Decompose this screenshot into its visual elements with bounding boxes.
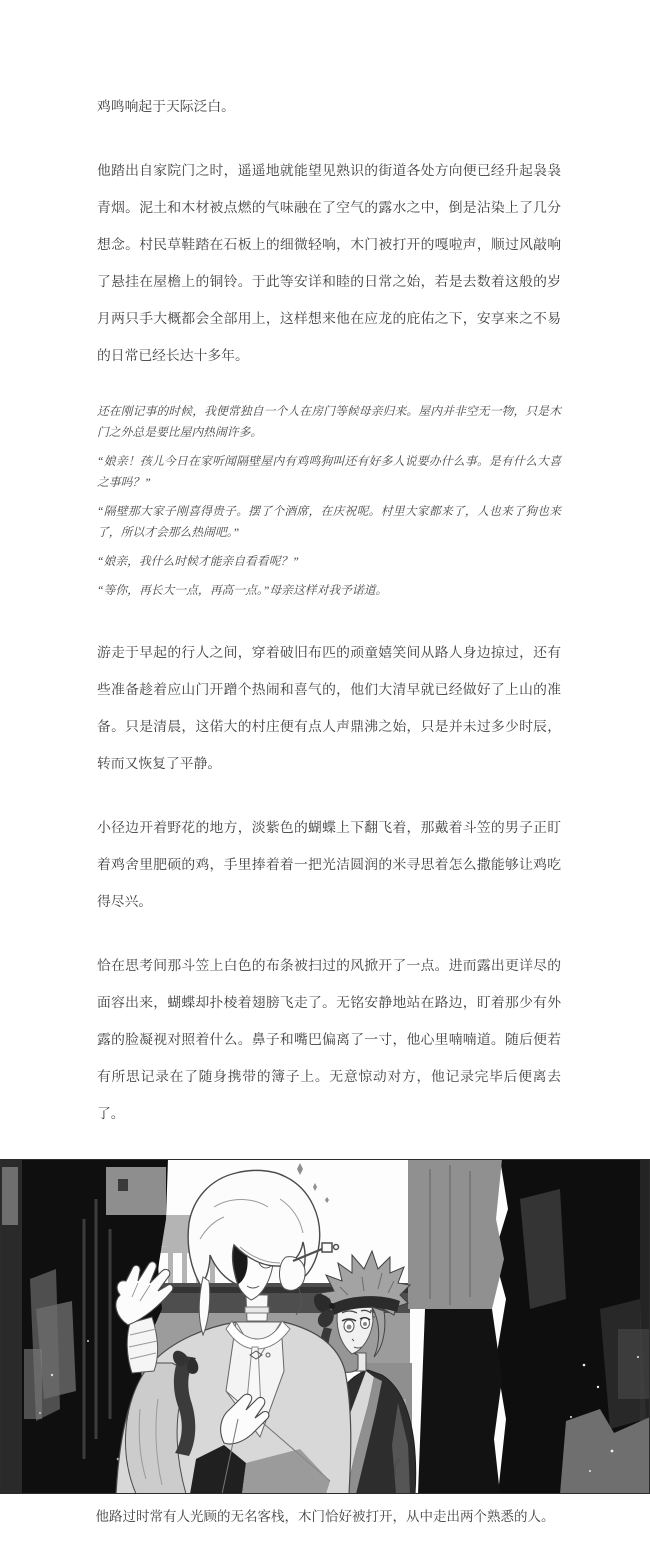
paragraph-observation: 恰在思考间那斗笠上白色的布条被扫过的风掀开了一点。进而露出更详尽的面容出来，蝴蝶… <box>97 947 561 1132</box>
paragraph-morning-scene: 他踏出自家院门之时，遥遥地就能望见熟识的街道各处方向便已经升起袅袅青烟。泥土和木… <box>97 152 561 374</box>
paragraph-village-morning: 游走于早起的行人之间，穿着破旧布匹的顽童嬉笑间从路人身边掠过，还有些准备趁着应山… <box>97 634 561 782</box>
paragraph-opening: 鸡鸣响起于天际泛白。 <box>97 88 561 125</box>
memory-intro: 还在刚记事的时候，我便常独自一个人在房门等候母亲归来。屋内并非空无一物，只是木门… <box>97 401 561 443</box>
memory-dialogue-1: “娘亲！孩儿今日在家听闻隔壁屋内有鸡鸣狗叫还有好多人说要办什么事。是有什么大喜之… <box>97 451 561 493</box>
illustration-caption: 他路过时常有人光顾的无名客栈，木门恰好被打开，从中走出两个熟悉的人。 <box>0 1506 650 1528</box>
memory-dialogue-3: “娘亲，我什么时候才能亲自看看呢？” <box>97 551 561 572</box>
inn-illustration <box>0 1159 650 1494</box>
fanfic-page: 鸡鸣响起于天际泛白。 他踏出自家院门之时，遥遥地就能望见熟识的街道各处方向便已经… <box>0 0 650 1547</box>
memory-dialogue-4: “等你，再长大一点，再高一点。”母亲这样对我予诺道。 <box>97 580 561 601</box>
memory-flashback-block: 还在刚记事的时候，我便常独自一个人在房门等候母亲归来。屋内并非空无一物，只是木门… <box>97 401 561 601</box>
memory-dialogue-2: “隔壁那大家子刚喜得贵子。摆了个酒席，在庆祝呢。村里大家都来了，人也来了狗也来了… <box>97 501 561 543</box>
story-body: 鸡鸣响起于天际泛白。 他踏出自家院门之时，遥遥地就能望见熟识的街道各处方向便已经… <box>0 0 650 1132</box>
paragraph-path-scene: 小径边开着野花的地方，淡紫色的蝴蝶上下翻飞着，那戴着斗笠的男子正盯着鸡舍里肥硕的… <box>97 809 561 920</box>
right-door <box>408 1159 650 1494</box>
